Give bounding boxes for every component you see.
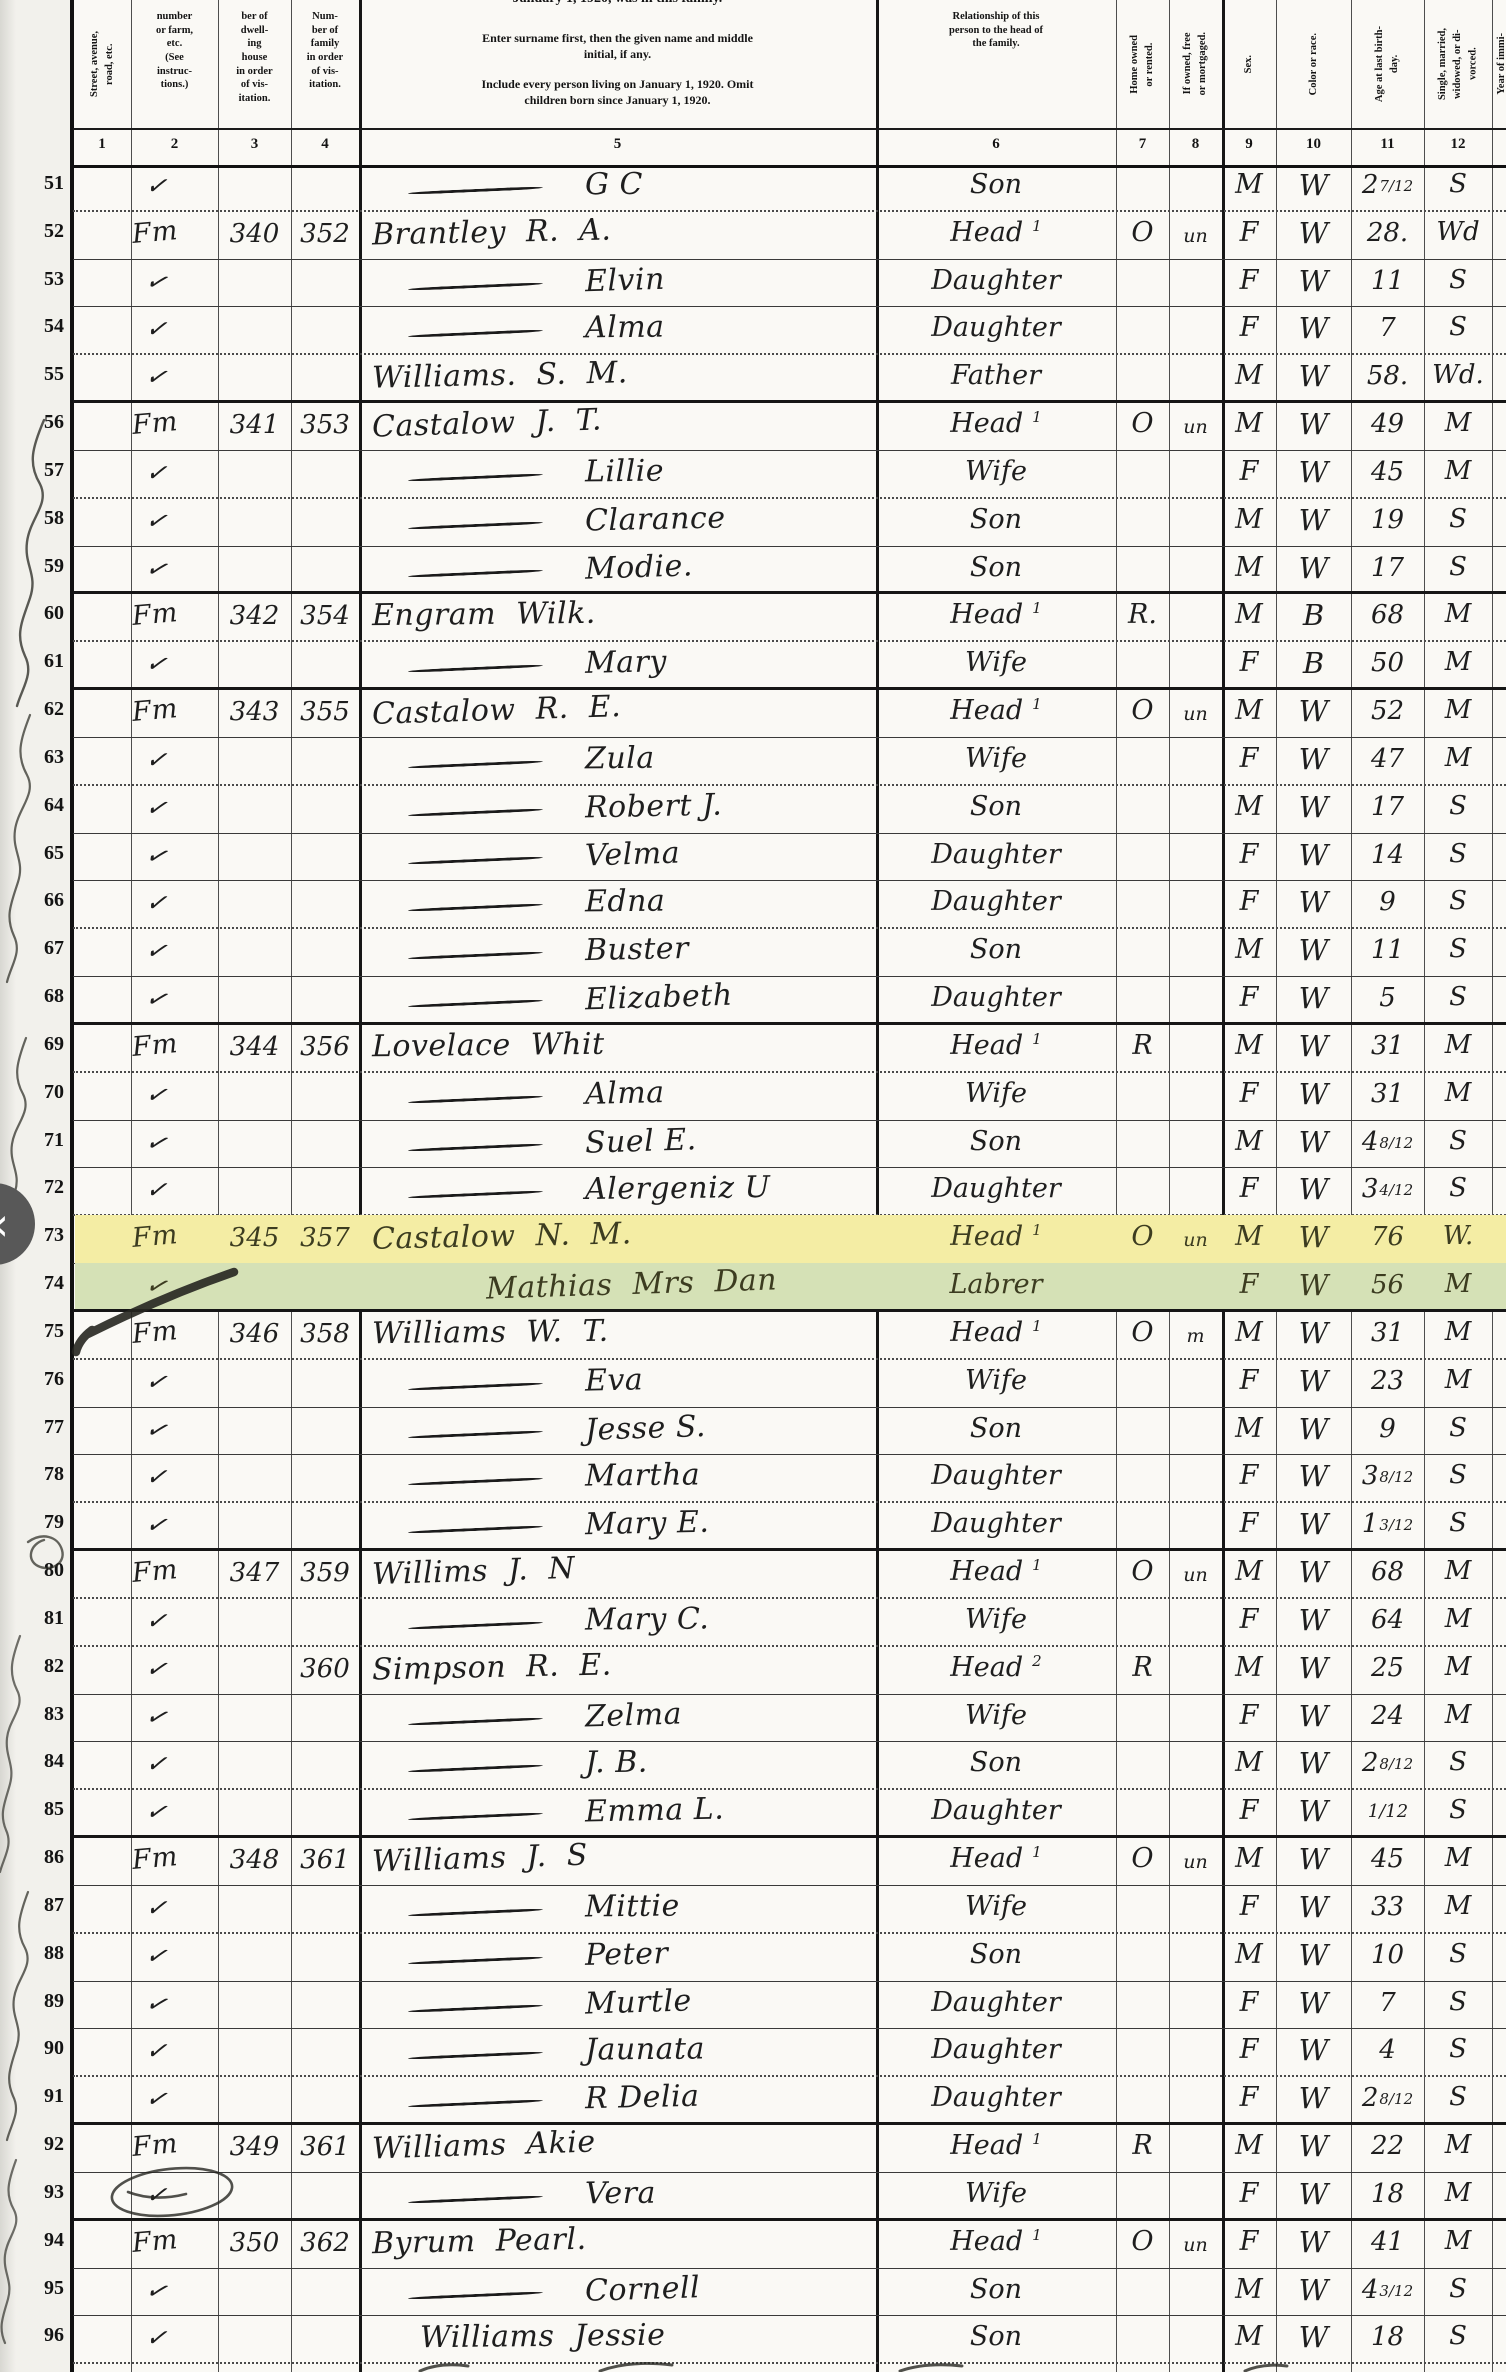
surname-ditto-dash	[408, 999, 543, 1008]
row-number: 82	[10, 1655, 64, 1678]
marital-status-value: S	[1424, 1508, 1492, 1538]
race-value: W	[1276, 885, 1351, 919]
marital-status-value: S	[1424, 1795, 1492, 1825]
family-number: 360	[291, 1654, 359, 1684]
column-number: 7	[1121, 136, 1165, 153]
age-value: 28/12	[1351, 1748, 1424, 1778]
sex-value: F	[1222, 1460, 1276, 1491]
marital-status-value: S	[1424, 934, 1492, 964]
surname-ditto-dash	[408, 186, 543, 195]
surname-ditto-dash	[408, 282, 543, 291]
age-value: 45	[1351, 1844, 1424, 1874]
relationship-value: Son	[876, 552, 1116, 583]
relationship-value: Son	[876, 791, 1116, 822]
race-value: W	[1276, 1412, 1351, 1446]
age-value: 17	[1351, 553, 1424, 583]
race-value: W	[1276, 1125, 1351, 1159]
age-value: 48/12	[1351, 1127, 1424, 1157]
relationship-value: Daughter	[876, 886, 1116, 917]
home-owned-value: O	[1116, 2226, 1169, 2257]
sex-value: F	[1222, 456, 1276, 487]
race-value: W	[1276, 1746, 1351, 1780]
census-row: 52Fm340352Brantley R. A.Head1OunFW28.Wd	[0, 211, 1506, 259]
dwelling-number: 342	[218, 601, 291, 631]
person-name: Modie.	[584, 548, 693, 586]
relationship-value: Wife	[876, 1604, 1116, 1635]
sex-value: M	[1222, 2321, 1276, 2352]
race-value: B	[1276, 598, 1351, 632]
enumerator-check-mark: ✓	[144, 361, 170, 393]
race-value: W	[1276, 1220, 1351, 1254]
sex-value: M	[1222, 1843, 1276, 1874]
header-label: Home owned or rented.	[1127, 35, 1157, 94]
marital-status-value: M	[1424, 695, 1492, 725]
surname-ditto-dash	[408, 1717, 543, 1726]
race-value: W	[1276, 455, 1351, 489]
census-row: 64✓Robert J.SonMW17S	[0, 785, 1506, 833]
home-owned-value: R	[1116, 1030, 1169, 1061]
person-name: Elvin	[584, 261, 665, 298]
race-value: W	[1276, 216, 1351, 250]
person-name: Clarance	[585, 500, 726, 538]
census-row: 82✓360Simpson R. E.Head2RMW25M	[0, 1646, 1506, 1694]
enumerator-check-mark: ✓	[143, 1986, 170, 2019]
row-number: 59	[10, 555, 64, 578]
person-name: Eva	[585, 1362, 644, 1398]
age-value: 50	[1351, 648, 1424, 678]
person-name: Alma	[585, 310, 665, 346]
race-value: W	[1276, 694, 1351, 728]
relationship-value: Head1	[876, 1221, 1116, 1252]
person-name: Peter	[585, 1936, 669, 1973]
sex-value: M	[1222, 1126, 1276, 1157]
relationship-value: Head1	[876, 2130, 1116, 2161]
marital-status-value: M	[1424, 2226, 1492, 2256]
enumerator-check-mark: ✓	[144, 935, 170, 967]
age-value: 52	[1351, 696, 1424, 726]
enumerator-check-mark: ✓	[144, 1365, 170, 1397]
relationship-value: Son	[876, 504, 1116, 535]
race-value: W	[1276, 742, 1351, 776]
race-value: W	[1276, 311, 1351, 345]
marital-status-value: M	[1424, 647, 1492, 677]
marital-status-value: M	[1424, 1556, 1492, 1586]
sex-value: F	[1222, 647, 1276, 678]
row-number: 77	[10, 1416, 64, 1439]
age-value: 33	[1351, 1892, 1424, 1922]
marital-status-value: M	[1424, 1317, 1492, 1347]
column-number: 12	[1436, 136, 1480, 153]
relationship-value: Daughter	[876, 1508, 1116, 1539]
census-row: 74✓Mathias Mrs DanLabrerFW56M	[0, 1263, 1506, 1311]
row-number: 76	[10, 1368, 64, 1391]
race-value: W	[1276, 1603, 1351, 1637]
row-number: 58	[10, 507, 64, 530]
census-row: 76✓EvaWifeFW23M	[0, 1359, 1506, 1407]
marital-status-value: S	[1424, 1413, 1492, 1443]
dwelling-number: 343	[218, 697, 291, 727]
family-number: 361	[291, 2132, 359, 2162]
age-value: 68	[1351, 600, 1424, 630]
race-value: W	[1276, 2033, 1351, 2067]
row-number: 94	[10, 2229, 64, 2252]
home-owned-value: O	[1116, 1556, 1169, 1587]
home-owned-value: O	[1116, 1221, 1169, 1252]
person-name: Williams. S. M.	[372, 356, 628, 396]
surname-ditto-dash	[408, 1382, 543, 1391]
census-row: 66✓EdnaDaughterFW9S	[0, 880, 1506, 928]
column-number-strip: 123456789101112	[73, 128, 1506, 168]
header-label: number or farm, etc. (See instruc- tions…	[156, 0, 193, 92]
person-name: J. B.	[585, 1745, 648, 1781]
age-value: 45	[1351, 457, 1424, 487]
sex-value: M	[1222, 408, 1276, 439]
header-label: Relationship of this person to the head …	[949, 0, 1043, 51]
sex-value: F	[1222, 1269, 1276, 1300]
person-name: Williams W. T.	[372, 1314, 609, 1351]
enumerator-check-mark: ✓	[144, 1796, 170, 1828]
relationship-value: Wife	[876, 1700, 1116, 1731]
family-number: 352	[291, 219, 359, 249]
sex-value: F	[1222, 1795, 1276, 1826]
row-number: 65	[10, 842, 64, 865]
race-value: W	[1276, 981, 1351, 1015]
marital-status-value: S	[1424, 839, 1492, 869]
race-value: W	[1276, 1651, 1351, 1685]
marital-status-value: M	[1424, 743, 1492, 773]
person-name: Robert J.	[585, 787, 723, 825]
marital-status-value: M	[1424, 2178, 1492, 2208]
row-number: 52	[10, 220, 64, 243]
marital-status-value: S	[1424, 2321, 1492, 2351]
header-column-9: Sex.	[1222, 0, 1276, 128]
row-number: 70	[10, 1081, 64, 1104]
header-column-7: Home owned or rented.	[1116, 0, 1169, 128]
sex-value: F	[1222, 839, 1276, 870]
sex-value: M	[1222, 2274, 1276, 2305]
age-value: 27/12	[1351, 170, 1424, 200]
row-number: 89	[10, 1990, 64, 2013]
person-name: Byrum Pearl.	[372, 2221, 587, 2260]
surname-ditto-dash	[408, 760, 543, 769]
race-value: W	[1276, 1842, 1351, 1876]
enumerator-check-mark: ✓	[144, 504, 170, 536]
relationship-value: Head1	[876, 1317, 1116, 1348]
surname-ditto-dash	[408, 903, 543, 912]
dwelling-number: 341	[218, 410, 291, 440]
mortgage-value: un	[1169, 1851, 1222, 1873]
header-label: Age at last birth- day.	[1372, 26, 1402, 102]
enumerator-check-mark: ✓	[144, 1078, 170, 1110]
marital-status-value: S	[1424, 2082, 1492, 2112]
census-row: 92Fm349361Williams AkieHead1RMW22M	[0, 2124, 1506, 2172]
age-value: 56	[1351, 1270, 1424, 1300]
enumerator-check-mark: ✓	[145, 2035, 169, 2066]
age-value: 7	[1351, 1988, 1424, 2018]
enumerator-check-mark: ✓	[145, 1461, 169, 1492]
person-name: Willims J. N	[372, 1551, 576, 1592]
race-value: W	[1276, 264, 1351, 298]
column-number: 4	[303, 136, 347, 153]
age-value: 11	[1351, 935, 1424, 965]
sex-value: F	[1222, 1604, 1276, 1635]
dwelling-number: 346	[218, 1319, 291, 1349]
marital-status-value: S	[1424, 1747, 1492, 1777]
race-value: W	[1276, 1794, 1351, 1828]
person-name: Suel E.	[584, 1122, 697, 1160]
age-value: 31	[1351, 1079, 1424, 1109]
row-number: 63	[10, 746, 64, 769]
column-number: 11	[1366, 136, 1410, 153]
marital-status-value: S	[1424, 312, 1492, 342]
column-number: 1	[80, 136, 124, 153]
census-row: 68✓ElizabethDaughterFW5S	[0, 976, 1506, 1024]
enumerator-check-mark: ✓	[143, 1699, 170, 1732]
header-column-4: Num- ber of family in order of vis- itat…	[291, 0, 359, 128]
race-value: W	[1276, 1890, 1351, 1924]
census-row: 79✓Mary E.DaughterFW13/12S	[0, 1502, 1506, 1550]
surname-ditto-dash	[408, 1477, 543, 1486]
sex-value: M	[1222, 2130, 1276, 2161]
farm-mark: Fm	[131, 2224, 180, 2259]
surname-ditto-dash	[408, 1764, 543, 1773]
relationship-value: Wife	[876, 647, 1116, 678]
family-number: 362	[291, 2228, 359, 2258]
mortgage-value: m	[1169, 1325, 1222, 1347]
person-name: Brantley R. A.	[372, 212, 612, 252]
relationship-value: Son	[876, 2274, 1116, 2305]
person-name: Mary	[585, 644, 668, 681]
sex-value: F	[1222, 265, 1276, 296]
age-value: 43/12	[1351, 2275, 1424, 2305]
chevron-left-icon: ‹	[0, 1201, 9, 1247]
census-row: 69Fm344356Lovelace WhitHead1RMW31M	[0, 1024, 1506, 1072]
row-number: 88	[10, 1942, 64, 1965]
person-name: Alma	[585, 1075, 665, 1112]
age-value: 13/12	[1351, 1509, 1424, 1539]
census-row: 95✓CornellSonMW43/12S	[0, 2268, 1506, 2316]
home-owned-value: O	[1116, 408, 1169, 439]
census-row: 85✓Emma L.DaughterFW1/12S	[0, 1789, 1506, 1837]
marital-status-value: S	[1424, 552, 1492, 582]
marital-status-value: M	[1424, 456, 1492, 486]
farm-mark: Fm	[131, 1028, 180, 1063]
marital-status-value: M	[1424, 408, 1492, 438]
sex-value: M	[1222, 360, 1276, 391]
race-value: W	[1276, 790, 1351, 824]
surname-ditto-dash	[408, 951, 543, 960]
sex-value: F	[1222, 743, 1276, 774]
sex-value: M	[1222, 1221, 1276, 1252]
header-column-10: Color or race.	[1276, 0, 1351, 128]
farm-mark: Fm	[131, 1841, 180, 1876]
enumerator-check-mark: ✓	[143, 2273, 170, 2306]
sex-value: F	[1222, 2226, 1276, 2257]
row-number: 92	[10, 2133, 64, 2156]
relationship-value: Son	[876, 1413, 1116, 1444]
marital-status-value: M	[1424, 1030, 1492, 1060]
marital-status-value: M	[1424, 1843, 1492, 1873]
home-owned-value: O	[1116, 217, 1169, 248]
row-number: 53	[10, 268, 64, 291]
surname-ditto-dash	[408, 2004, 543, 2013]
row-separator	[73, 2362, 1506, 2364]
age-value: 19	[1351, 505, 1424, 535]
header-label: ber of dwell- ing house in order of vis-…	[236, 0, 272, 105]
row-number: 84	[10, 1750, 64, 1773]
marital-status-value: M	[1424, 1652, 1492, 1682]
row-number: 64	[10, 794, 64, 817]
person-name: Williams Jessie	[420, 2318, 666, 2356]
age-value: 9	[1351, 1414, 1424, 1444]
header-column-11: Age at last birth- day.	[1351, 0, 1424, 128]
header-column-13: Year of immi-	[1492, 0, 1506, 128]
sex-value: M	[1222, 504, 1276, 535]
family-number: 354	[291, 601, 359, 631]
census-row: 93✓VeraWifeFW18M	[0, 2172, 1506, 2220]
age-value: 28.	[1351, 218, 1424, 248]
row-number: 83	[10, 1703, 64, 1726]
sex-value: M	[1222, 599, 1276, 630]
row-number: 86	[10, 1846, 64, 1869]
marital-status-value: S	[1424, 2034, 1492, 2064]
census-row: 87✓MittieWifeFW33M	[0, 1885, 1506, 1933]
race-value: W	[1276, 407, 1351, 441]
census-row: 96✓Williams JessieSonMW18S	[0, 2315, 1506, 2363]
age-value: 4	[1351, 2035, 1424, 2065]
surname-ditto-dash	[408, 664, 543, 673]
person-name: Zelma	[584, 1696, 682, 1734]
row-number: 51	[10, 172, 64, 195]
surname-ditto-dash	[408, 2051, 543, 2060]
sex-value: M	[1222, 1747, 1276, 1778]
age-value: 24	[1351, 1701, 1424, 1731]
census-row: 71✓Suel E.SonMW48/12S	[0, 1120, 1506, 1168]
relationship-value: Head1	[876, 408, 1116, 439]
marital-status-value: M	[1424, 1365, 1492, 1395]
relationship-value: Head1	[876, 1843, 1116, 1874]
surname-ditto-dash	[408, 521, 543, 530]
race-value: W	[1276, 168, 1351, 202]
dwelling-number: 348	[218, 1845, 291, 1875]
relationship-value: Head1	[876, 695, 1116, 726]
enumerator-check-mark: ✓	[143, 1125, 170, 1158]
age-value: 14	[1351, 840, 1424, 870]
sex-value: F	[1222, 1173, 1276, 1204]
header-name-instruction-2: Include every person living on January 1…	[359, 76, 876, 108]
person-name: Velma	[584, 835, 680, 873]
enumerator-check-mark: ✓	[145, 313, 169, 344]
header-column-1: Street, avenue, road, etc.	[73, 0, 131, 128]
race-value: W	[1276, 359, 1351, 393]
marital-status-value: S	[1424, 504, 1492, 534]
census-row: 83✓ZelmaWifeFW24M	[0, 1694, 1506, 1742]
home-owned-value: O	[1116, 1843, 1169, 1874]
surname-ditto-dash	[408, 1095, 543, 1104]
dwelling-number: 350	[218, 2228, 291, 2258]
row-number: 80	[10, 1559, 64, 1582]
row-number: 66	[10, 889, 64, 912]
marital-status-value: S	[1424, 791, 1492, 821]
row-number: 74	[10, 1272, 64, 1295]
sex-value: M	[1222, 695, 1276, 726]
age-value: 22	[1351, 2131, 1424, 2161]
census-row: 65✓VelmaDaughterFW14S	[0, 833, 1506, 881]
row-number: 67	[10, 937, 64, 960]
enumerator-check-mark: ✓	[145, 887, 169, 918]
census-row: 57✓LillieWifeFW45M	[0, 450, 1506, 498]
enumerator-check-mark: ✓	[143, 839, 170, 872]
row-number: 54	[10, 315, 64, 338]
enumerator-check-mark: ✓	[143, 982, 170, 1015]
census-row: 61✓MaryWifeFB50M	[0, 641, 1506, 689]
person-name: Edna	[585, 884, 666, 920]
farm-mark: Fm	[131, 1219, 180, 1254]
marital-status-value: Wd	[1424, 217, 1492, 247]
person-name: Martha	[585, 1458, 701, 1494]
age-value: 68	[1351, 1557, 1424, 1587]
sex-value: F	[1222, 886, 1276, 917]
header-column-8: If owned, free or mortgaged.	[1169, 0, 1222, 128]
relationship-value: Wife	[876, 1891, 1116, 1922]
farm-mark: Fm	[131, 406, 180, 441]
sex-value: M	[1222, 169, 1276, 200]
race-value: W	[1276, 1077, 1351, 1111]
dwelling-number: 349	[218, 2132, 291, 2162]
census-row: 84✓J. B.SonMW28/12S	[0, 1741, 1506, 1789]
marital-status-value: S	[1424, 886, 1492, 916]
row-number: 96	[10, 2324, 64, 2347]
age-value: 64	[1351, 1605, 1424, 1635]
person-name: Mary E.	[585, 1505, 710, 1543]
person-name: Buster	[585, 931, 690, 968]
census-row: 55✓Williams. S. M.FatherMW58.Wd.	[0, 354, 1506, 402]
mortgage-value: un	[1169, 416, 1222, 438]
person-name: Castalow J. T.	[372, 403, 603, 445]
person-name: Murtle	[584, 1983, 692, 2021]
sex-value: F	[1222, 1365, 1276, 1396]
header-form-title-fragment: January 1, 1920, was in this family.	[359, 0, 876, 7]
race-value: B	[1276, 646, 1351, 680]
family-number: 359	[291, 1558, 359, 1588]
dwelling-number: 344	[218, 1032, 291, 1062]
farm-mark: Fm	[131, 215, 180, 250]
age-value: 23	[1351, 1366, 1424, 1396]
race-value: W	[1276, 2129, 1351, 2163]
row-number: 61	[10, 650, 64, 673]
relationship-value: Daughter	[876, 265, 1116, 296]
person-name: G C	[585, 167, 643, 203]
marital-status-value: M	[1424, 599, 1492, 629]
person-name: Jesse S.	[584, 1409, 706, 1448]
age-value: 1/12	[1351, 1796, 1424, 1826]
row-number: 56	[10, 411, 64, 434]
row-number: 55	[10, 363, 64, 386]
home-owned-value: R	[1116, 1652, 1169, 1683]
census-row: 62Fm343355Castalow R. E.Head1OunMW52M	[0, 689, 1506, 737]
sex-value: F	[1222, 1891, 1276, 1922]
family-number: 356	[291, 1032, 359, 1062]
relationship-value: Wife	[876, 743, 1116, 774]
age-value: 7	[1351, 313, 1424, 343]
person-name: Simpson R. E.	[372, 1647, 612, 1687]
relationship-value: Wife	[876, 456, 1116, 487]
surname-ditto-dash	[408, 808, 543, 817]
row-number: 68	[10, 985, 64, 1008]
age-value: 5	[1351, 983, 1424, 1013]
enumerator-check-mark: ✓	[145, 170, 169, 201]
person-name: Castalow R. E.	[372, 689, 622, 732]
